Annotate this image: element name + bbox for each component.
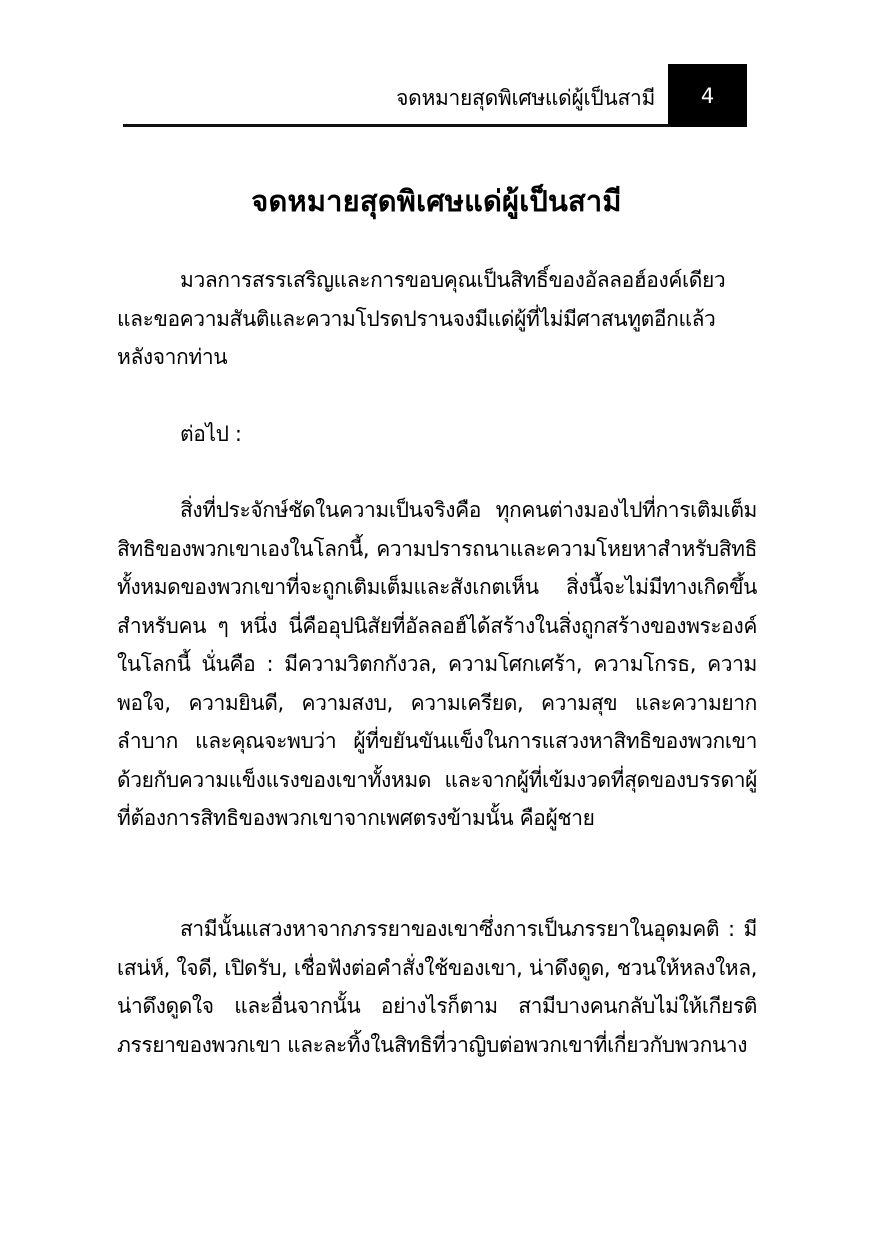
paragraph: ต่อไป : (117, 415, 757, 454)
paragraph-husband: สามีนั้นแสวงหาจากภรรยาของเขาซึ่งการเป็นภ… (117, 910, 757, 1064)
header-rule (123, 124, 671, 127)
paragraph-opening: มวลการสรรเสริญและการขอบคุณเป็นสิทธิ์ของอ… (117, 261, 757, 377)
page-number: 4 (701, 84, 714, 108)
page-number-box: 4 (668, 64, 747, 127)
running-header-title: จดหมายสุดพิเศษแด่ผู้เป็นสามี (396, 82, 655, 115)
paragraph: มวลการสรรเสริญและการขอบคุณเป็นสิทธิ์ของอ… (117, 261, 757, 377)
paragraph-rights: สิ่งที่ประจักษ์ชัดในความเป็นจริงคือ ทุกค… (117, 491, 757, 838)
chapter-title: จดหมายสุดพิเศษแด่ผู้เป็นสามี (0, 178, 873, 224)
paragraph: สามีนั้นแสวงหาจากภรรยาของเขาซึ่งการเป็นภ… (117, 910, 757, 1064)
paragraph-transition: ต่อไป : (117, 415, 757, 454)
running-header: จดหมายสุดพิเศษแด่ผู้เป็นสามี 4 (123, 64, 747, 127)
paragraph: สิ่งที่ประจักษ์ชัดในความเป็นจริงคือ ทุกค… (117, 491, 757, 838)
